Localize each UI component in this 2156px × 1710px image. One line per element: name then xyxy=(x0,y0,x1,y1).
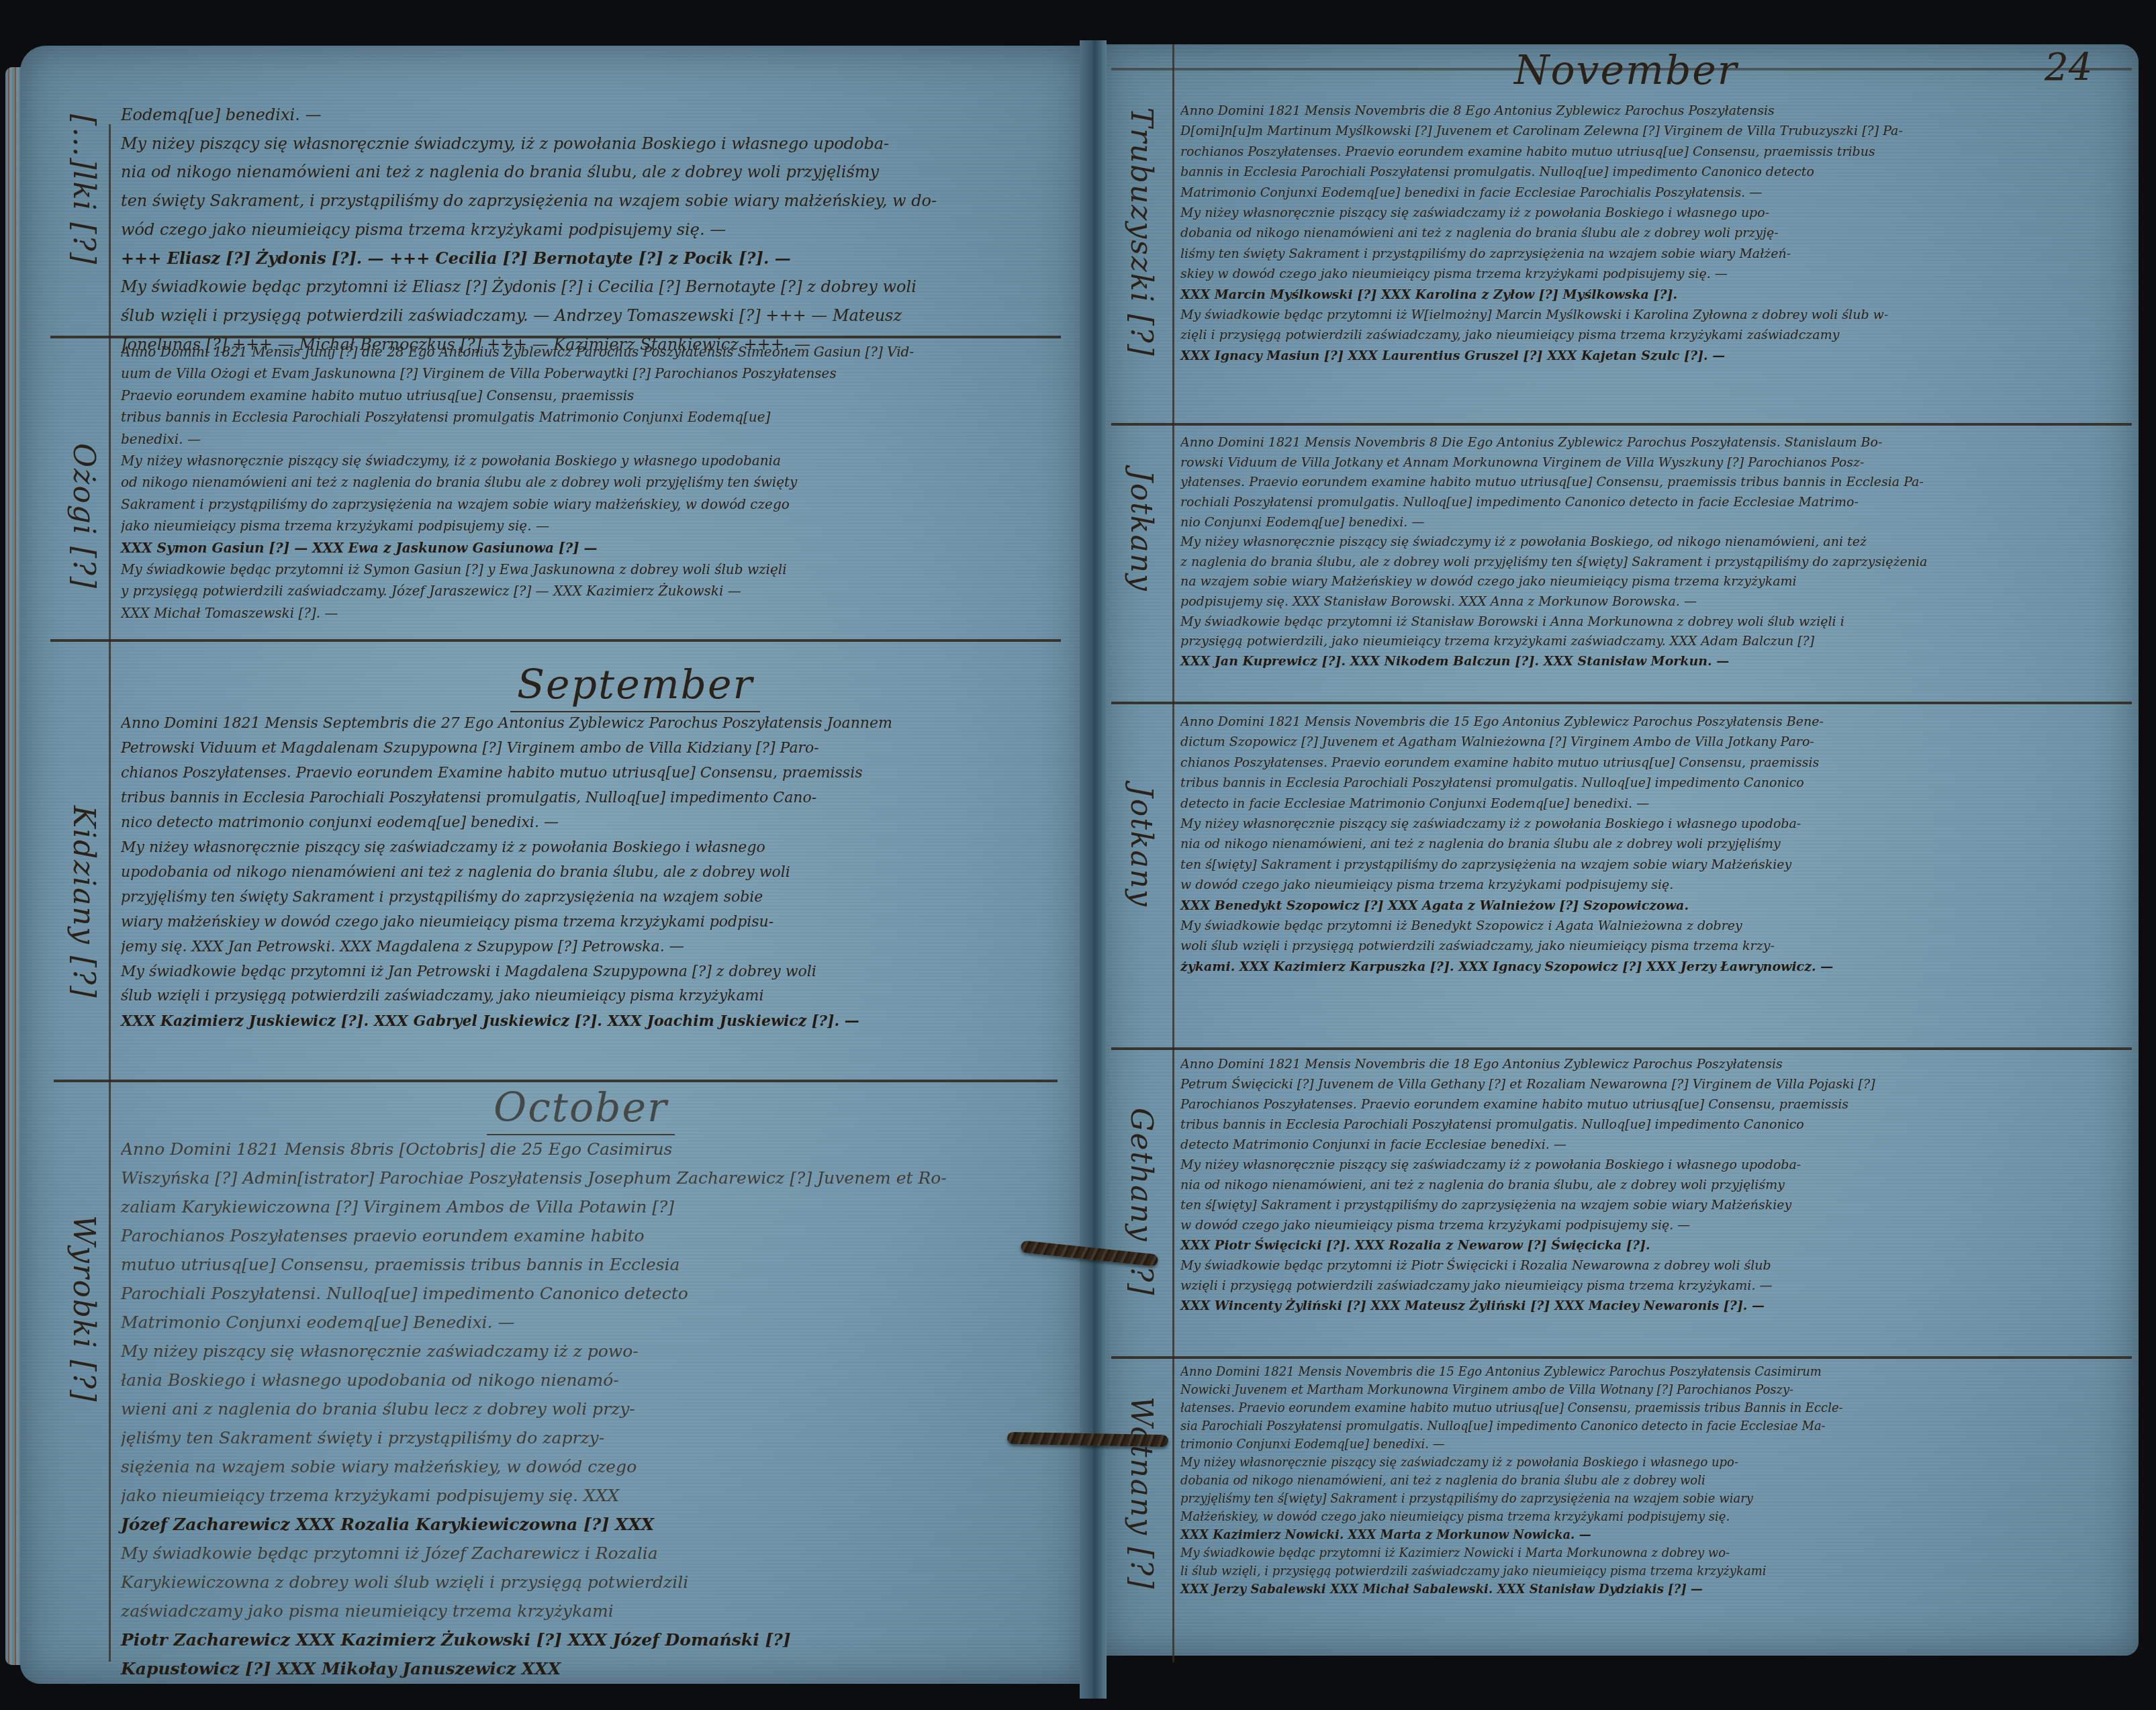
month-heading-october: October xyxy=(487,1084,675,1135)
witness-line: My świadkowie będąc przytomni iż Jan Pet… xyxy=(121,960,1054,985)
witness-line: woli ślub wzięli i przysięgą potwierdzil… xyxy=(1180,936,2120,956)
entry-line: dobania od nikogo nienamówieni ani też z… xyxy=(1180,223,2120,243)
entry-line: rochianos Poszyłatenses. Praevio eorunde… xyxy=(1180,142,2120,162)
entry-line: Matrimonio Conjunxi Eodemq[ue] benedixi … xyxy=(1180,183,2120,203)
month-heading-november: November xyxy=(1507,47,1745,97)
entry-line: upodobania od nikogo nienamówieni ani te… xyxy=(121,861,1054,886)
entry-line: jako nieumieiący pisma trzema krzyżykami… xyxy=(121,515,1054,536)
marriage-entry: Eodemq[ue] benedixi. — My niżey piszący … xyxy=(121,101,1054,359)
entry-line: sia Parochiali Poszyłatensi promulgatis.… xyxy=(1180,1417,2120,1435)
entry-line: Eodemq[ue] benedixi. — xyxy=(121,101,1054,130)
witness-line: przysięgą potwierdzili, jako nieumieiący… xyxy=(1180,632,2120,652)
entry-line: Anno Domini 1821 Mensis Junij [?] die 28… xyxy=(121,341,1054,363)
entry-line: jęliśmy ten Sakrament święty i przystąpi… xyxy=(121,1423,1054,1452)
margin-village-label: Kidziany [?] xyxy=(66,806,101,999)
entry-line: Anno Domini 1821 Mensis Novembris 8 Die … xyxy=(1180,433,2120,453)
entry-line: detecto Matrimonio Conjunxi in facie Ecc… xyxy=(1180,1135,2120,1155)
right-margin-rule xyxy=(1172,44,1174,1662)
entry-line: Parochiali Poszyłatensi. Nulloq[ue] impe… xyxy=(121,1279,1054,1308)
witness-signatures: XXX Kazimierz Juskiewicz [?]. XXX Gabrye… xyxy=(121,1009,1054,1034)
month-heading-september: September xyxy=(510,661,760,712)
entry-line: Petrum Święcicki [?] Juvenem de Villa Ge… xyxy=(1180,1074,2120,1094)
witness-signatures: XXX Jerzy Sabalewski XXX Michał Sabalews… xyxy=(1180,1580,2120,1599)
entry-line: Matrimonio Conjunxi eodemq[ue] Benedixi.… xyxy=(121,1308,1054,1337)
left-margin-rule xyxy=(109,124,111,1662)
entry-line: Wiszyńska [?] Admin[istrator] Parochiae … xyxy=(121,1163,1054,1192)
spouse-signatures: XXX Benedykt Szopowicz [?] XXX Agata z W… xyxy=(1180,896,2120,916)
entry-line: rowski Viduum de Villa Jotkany et Annam … xyxy=(1180,453,2120,473)
entry-line: nia od nikogo nienamówieni, ani też z na… xyxy=(1180,1175,2120,1195)
witness-line: My świadkowie będąc przytomni iż Eliasz … xyxy=(121,273,1054,301)
marriage-entry: Anno Domini 1821 Mensis Novembris die 8 … xyxy=(1180,101,2120,366)
entry-line: wieni ani z naglenia do brania ślubu lec… xyxy=(121,1394,1054,1423)
entry-line: skiey w dowód czego jako nieumieiący pis… xyxy=(1180,264,2120,284)
witness-line: XXX Michał Tomaszewski [?]. — xyxy=(121,602,1054,624)
entry-line: Małżeńskiey, w dowód czego jako nieumiei… xyxy=(1180,1508,2120,1526)
entry-line: Parochianos Poszyłatenses praevio eorund… xyxy=(121,1221,1054,1250)
spouse-signatures: XXX Piotr Święcicki [?]. XXX Rozalia z N… xyxy=(1180,1235,2120,1255)
margin-village-label: Jotkany xyxy=(1124,786,1158,908)
page-number: 24 xyxy=(2045,46,2092,89)
entry-line: przyjęliśmy ten ś[więty] Sakrament i prz… xyxy=(1180,1490,2120,1508)
witness-line: My świadkowie będąc przytomni iż Piotr Ś… xyxy=(1180,1255,2120,1276)
marriage-entry: Anno Domini 1821 Mensis Novembris die 18… xyxy=(1180,1054,2120,1316)
entry-line: Anno Domini 1821 Mensis Novembris die 18… xyxy=(1180,1054,2120,1074)
witness-signatures: XXX Wincenty Żyliński [?] XXX Mateusz Ży… xyxy=(1180,1296,2120,1316)
entry-line: liśmy ten święty Sakrament i przystąpili… xyxy=(1180,244,2120,264)
marriage-entry: Anno Domini 1821 Mensis Novembris die 15… xyxy=(1180,1363,2120,1599)
entry-line: chianos Poszyłatenses. Praevio eorundem … xyxy=(1180,753,2120,773)
register-spread: 24 September October November […]lki [?]… xyxy=(0,0,2156,1710)
entry-line: D[omi]n[u]m Martinum Myślkowski [?] Juve… xyxy=(1180,121,2120,141)
entry-line: jako nieumieiący trzema krzyżykami podpi… xyxy=(121,1481,1054,1510)
entry-line: wiary małżeńskiey w dowód czego jako nie… xyxy=(121,910,1054,935)
entry-line: nia od nikogo nienamówieni ani też z nag… xyxy=(121,158,1054,187)
entry-line: od nikogo nienamówieni ani też z nagleni… xyxy=(121,471,1054,493)
entry-line: w dowód czego jako nieumieiący pisma trz… xyxy=(1180,1215,2120,1235)
witness-signatures: Kapustowicz [?] XXX Mikołay Januszewicz … xyxy=(121,1654,1054,1683)
entry-line: tribus bannis in Ecclesia Parochiali Pos… xyxy=(1180,1114,2120,1135)
entry-line: na wzajem sobie wiary Małżeńskiey w dowó… xyxy=(1180,572,2120,592)
entry-line: rochiali Poszyłatensi promulgatis. Nullo… xyxy=(1180,493,2120,513)
entry-line: dictum Szopowicz [?] Juvenem et Agatham … xyxy=(1180,732,2120,752)
margin-village-label: Trubuzyszki [?] xyxy=(1124,107,1158,357)
witness-line: zięli i przysięgą potwierdzili zaświadcz… xyxy=(1180,325,2120,345)
entry-line: My niżey własnoręcznie piszący się świad… xyxy=(121,450,1054,471)
spouse-signatures: Józef Zacharewicz XXX Rozalia Karykiewic… xyxy=(121,1510,1054,1539)
spouse-signatures: XXX Kazimierz Nowicki. XXX Marta z Morku… xyxy=(1180,1526,2120,1544)
entry-separator xyxy=(50,639,1061,642)
margin-village-label: […]lki [?] xyxy=(66,114,101,265)
marriage-entry: Anno Domini 1821 Mensis Junij [?] die 28… xyxy=(121,341,1054,624)
entry-line: wód czego jako nieumieiący pisma trzema … xyxy=(121,216,1054,244)
margin-village-label: Jotkany xyxy=(1124,470,1158,592)
entry-separator xyxy=(1111,423,2132,426)
entry-line: w dowód czego jako nieumieiący pisma trz… xyxy=(1180,875,2120,895)
witness-signatures: żykami. XXX Kazimierz Karpuszka [?]. XXX… xyxy=(1180,957,2120,977)
entry-line: ten ś[więty] Sakrament i przystąpiliśmy … xyxy=(1180,1195,2120,1215)
witness-signatures: XXX Jan Kuprewicz [?]. XXX Nikodem Balcz… xyxy=(1180,652,2120,672)
witness-line: y przysięgą potwierdzili zaświadczamy. J… xyxy=(121,580,1054,602)
entry-line: Anno Domini 1821 Mensis Novembris die 8 … xyxy=(1180,101,2120,121)
witness-line: zaświadczamy jako pisma nieumieiący trze… xyxy=(121,1597,1054,1625)
entry-line: My niżey piszący się własnoręcznie zaświ… xyxy=(121,1337,1054,1366)
witness-line: li ślub wzięli, i przysięgą potwierdzili… xyxy=(1180,1562,2120,1580)
entry-line: Anno Domini 1821 Mensis Septembris die 2… xyxy=(121,712,1054,737)
entry-line: nio Conjunxi Eodemq[ue] benedixi. — xyxy=(1180,513,2120,533)
marriage-entry: Anno Domini 1821 Mensis Novembris die 15… xyxy=(1180,712,2120,977)
entry-line: ten święty Sakrament, i przystąpiliśmy d… xyxy=(121,187,1054,216)
entry-line: zaliam Karykiewiczowna [?] Virginem Ambo… xyxy=(121,1192,1054,1221)
witness-line: My świadkowie będąc przytomni iż Kazimie… xyxy=(1180,1544,2120,1562)
witness-line: My świadkowie będąc przytomni iż Benedyk… xyxy=(1180,916,2120,936)
entry-line: łatenses. Praevio eorundem examine habit… xyxy=(1180,1399,2120,1417)
witness-line: Karykiewiczowna z dobrey woli ślub wzięl… xyxy=(121,1568,1054,1597)
entry-line: dobania od nikogo nienamówieni, ani też … xyxy=(1180,1472,2120,1490)
entry-line: yłatenses. Praevio eorundem examine habi… xyxy=(1180,473,2120,493)
witness-line: ślub wzięli i przysięgą potwierdzili zaś… xyxy=(121,301,1054,330)
entry-line: podpisujemy się. XXX Stanisław Borowski.… xyxy=(1180,592,2120,612)
entry-line: My niżey piszący się własnoręcznie świad… xyxy=(121,130,1054,158)
witness-signatures: Piotr Zacharewicz XXX Kazimierz Żukowski… xyxy=(121,1625,1054,1654)
margin-village-label: Wotnany [?] xyxy=(1124,1396,1158,1590)
entry-line: chianos Poszyłatenses. Praevio eorundem … xyxy=(121,761,1054,786)
margin-village-label: Ożogi [?] xyxy=(66,443,101,589)
entry-separator xyxy=(54,1080,1058,1082)
witness-line: My świadkowie będąc przytomni iż Stanisł… xyxy=(1180,612,2120,632)
entry-line: jemy się. XXX Jan Petrowski. XXX Magdale… xyxy=(121,935,1054,960)
witness-line: My świadkowie będąc przytomni iż W[ielmo… xyxy=(1180,305,2120,325)
witness-line: ślub wzięli i przysięgą potwierdzili zaś… xyxy=(121,984,1054,1009)
margin-village-label: Gethany [?] xyxy=(1124,1108,1158,1296)
spouse-signatures: XXX Symon Gasiun [?] — XXX Ewa z Jaskuno… xyxy=(121,537,1054,559)
entry-line: łania Boskiego i własnego upodobania od … xyxy=(121,1366,1054,1394)
marriage-entry: Anno Domini 1821 Mensis Novembris 8 Die … xyxy=(1180,433,2120,672)
entry-separator xyxy=(1111,702,2132,704)
entry-line: Nowicki Juvenem et Martham Morkunowna Vi… xyxy=(1180,1381,2120,1399)
witness-line: wzięli i przysięgą potwierdzili zaświadc… xyxy=(1180,1276,2120,1296)
entry-line: Petrowski Viduum et Magdalenam Szupypown… xyxy=(121,737,1054,761)
marriage-entry: Anno Domini 1821 Mensis Septembris die 2… xyxy=(121,712,1054,1034)
entry-line: My niżey własnoręcznie piszący się zaświ… xyxy=(1180,1454,2120,1472)
witness-signatures: XXX Ignacy Masiun [?] XXX Laurentius Gru… xyxy=(1180,346,2120,366)
entry-line: nico detecto matrimonio conjunxi eodemq[… xyxy=(121,811,1054,836)
entry-line: siężenia na wzajem sobie wiary małżeński… xyxy=(121,1452,1054,1481)
witness-line: My świadkowie będąc przytomni iż Józef Z… xyxy=(121,1539,1054,1568)
entry-line: detecto in facie Ecclesiae Matrimonio Co… xyxy=(1180,794,2120,814)
book-gutter xyxy=(1080,40,1107,1699)
entry-line: Sakrament i przystąpiliśmy do zaprzysięż… xyxy=(121,493,1054,515)
entry-line: Anno Domini 1821 Mensis Novembris die 15… xyxy=(1180,1363,2120,1381)
entry-line: nia od nikogo nienamówieni, ani też z na… xyxy=(1180,834,2120,854)
entry-line: Anno Domini 1821 Mensis Novembris die 15… xyxy=(1180,712,2120,732)
entry-line: uum de Villa Ożogi et Evam Jaskunowna [?… xyxy=(121,363,1054,384)
entry-line: My niżey własnoręcznie piszący się zaświ… xyxy=(1180,1155,2120,1175)
entry-line: tribus bannis in Ecclesia Parochiali Pos… xyxy=(121,406,1054,428)
spouse-signatures: XXX Marcin Myślkowski [?] XXX Karolina z… xyxy=(1180,285,2120,305)
entry-line: tribus bannis in Ecclesia Parochiali Pos… xyxy=(1180,773,2120,793)
marriage-entry: Anno Domini 1821 Mensis 8bris [Octobris]… xyxy=(121,1135,1054,1683)
entry-line: benedixi. — xyxy=(121,428,1054,450)
entry-line: My niżey własnoręcznie piszący się świad… xyxy=(1180,532,2120,553)
entry-line: Anno Domini 1821 Mensis 8bris [Octobris]… xyxy=(121,1135,1054,1163)
margin-village-label: Wyrobki [?] xyxy=(66,1215,101,1403)
entry-line: Praevio eorundem examine habito mutuo ut… xyxy=(121,385,1054,406)
entry-separator xyxy=(1111,1356,2132,1359)
entry-line: bannis in Ecclesia Parochiali Poszyłaten… xyxy=(1180,162,2120,182)
entry-line: tribus bannis in Ecclesia Parochiali Pos… xyxy=(121,786,1054,811)
spouse-signatures: +++ Eliasz [?] Żydonis [?]. — +++ Cecili… xyxy=(121,244,1054,273)
entry-line: trimonio Conjunxi Eodemq[ue] benedixi. — xyxy=(1180,1435,2120,1454)
entry-line: ten ś[więty] Sakrament i przystąpiliśmy … xyxy=(1180,855,2120,875)
entry-line: przyjęliśmy ten święty Sakrament i przys… xyxy=(121,886,1054,910)
entry-line: My niżey własnoręcznie piszący się zaświ… xyxy=(1180,203,2120,223)
entry-line: My niżey własnoręcznie piszący się zaświ… xyxy=(1180,814,2120,834)
entry-separator xyxy=(1111,1047,2132,1050)
entry-line: mutuo utriusq[ue] Consensu, praemissis t… xyxy=(121,1250,1054,1279)
entry-line: z naglenia do brania ślubu, ale z dobrey… xyxy=(1180,553,2120,573)
entry-line: Parochianos Poszyłatenses. Praevio eorun… xyxy=(1180,1094,2120,1114)
witness-line: My świadkowie będąc przytomni iż Symon G… xyxy=(121,559,1054,580)
entry-line: My niżey własnoręcznie piszący się zaświ… xyxy=(121,836,1054,861)
